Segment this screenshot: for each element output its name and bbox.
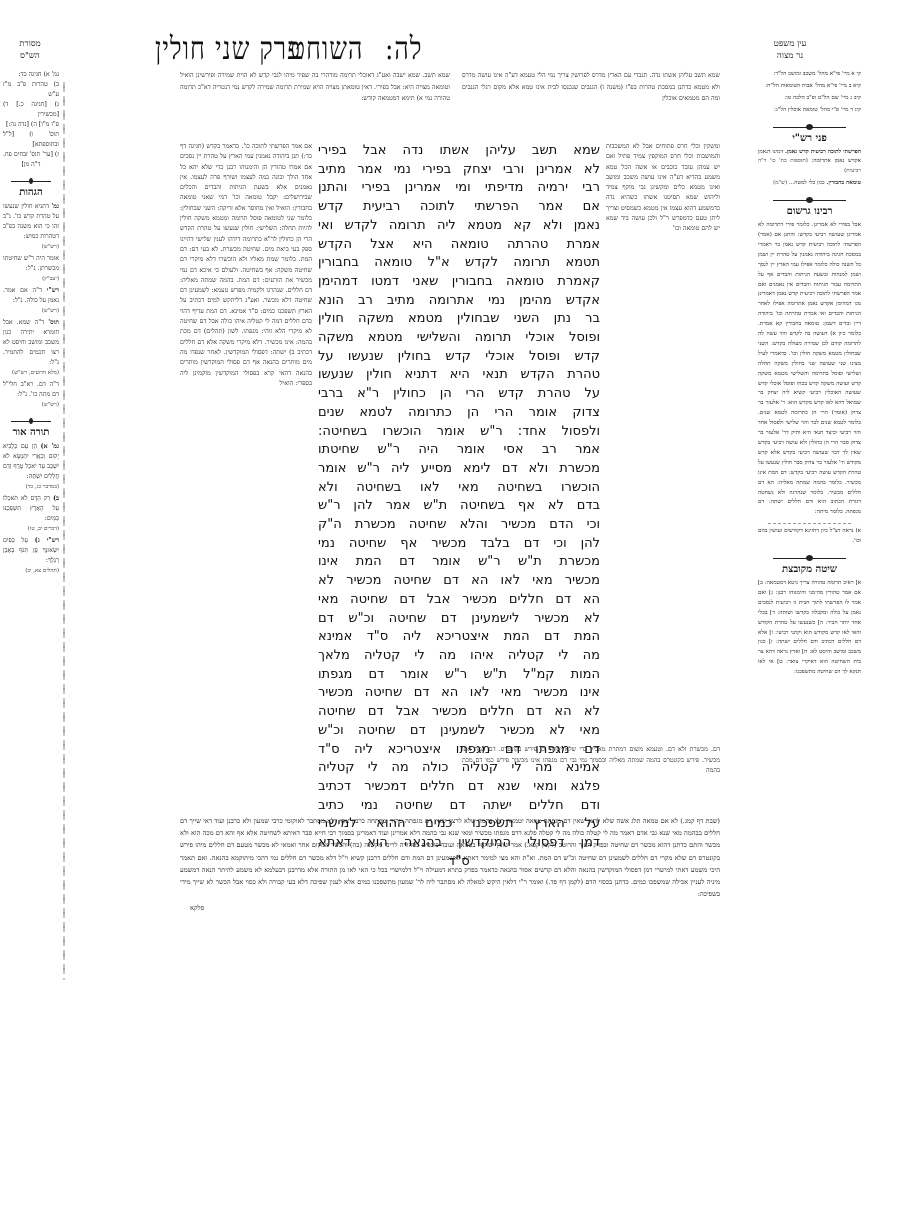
rashi-commentary: ומשקין וכלי חרס פתוחים אבל לא המשכבות וה… — [606, 142, 720, 742]
tosafot-top: שמא תשב. שמא ישבה ואע"ג דאוכלי תרומה מוד… — [180, 70, 450, 107]
ornament-divider — [773, 197, 845, 203]
gemara-line: ופוסל אוכלי תרומה והשלישי מטמא משקה — [318, 329, 600, 348]
gemara-line: אמר רב אסי אומר היה ר"ש שחיטתו — [318, 441, 600, 460]
ornament-divider — [11, 418, 50, 424]
left-margin: גמ' א) חגיגה כד: ב) טהרות פ"ב מ"ז ע"ש ג)… — [3, 70, 59, 578]
gemara-line: תטמא תרומה לקדש א"ל טומאה בחבורין — [318, 254, 600, 273]
daf-number: לה: — [385, 30, 423, 68]
pnei-rashi-entry: טומאה בחבורין. כגון כלי למטה... (ש"מ) — [758, 179, 861, 189]
pnei-rashi-title: פני רש"י — [758, 134, 861, 144]
masoret-hashas: גמ' א) חגיגה כד: ב) טהרות פ"ב מ"ז ע"ש ג)… — [3, 70, 59, 170]
hagahot-entry: ד"ה דם. רא"ב חלי"ל דם מתה כו'. נ"ל:(רש"ש… — [3, 380, 59, 410]
gemara-line: מכשיר מאי לאו הא דם שחיטה מכשיר לא — [318, 572, 600, 591]
gemara-line: לא מכשיר לישמעינן דם שחיטה וכ"ש דם — [318, 610, 600, 629]
gemara-line: אינו מכשיר מאי לאו הא דם שחיטה מכשיר — [318, 684, 600, 703]
gemara-line: רבי ירמיה מדיפתי ומי אמרינן בפירי והתנן — [318, 179, 600, 198]
footnote-rule — [768, 523, 850, 524]
gemara-line: הא דם חללים מכשיר אבל דם שחיטה מאי — [318, 591, 600, 610]
gemara-line: שמא תשב עליהן אשתו נדה אבל בפירי — [318, 142, 600, 161]
gemara-line: קאמרת טומאה בחבורין שאני דמטו דמהימן — [318, 273, 600, 292]
torah-or-entry: ב) רַק הַדָּם לֹא תֹאכֵלוּ עַל הָאָרֶץ ת… — [3, 494, 59, 534]
gemara-line: אקדש מהימן נמי אתרומה מתיב רב הונא — [318, 292, 600, 311]
tosafot-commentary: אם אמר הפרשתי לתוכה כו'. כדאמר בקדש (חגי… — [180, 142, 312, 742]
rabbeinu-gershom-title: רבינו גרשום — [758, 207, 861, 217]
hagahot-entry: אומר היה ר"ש שחיטתו מכשרתן. נ"ל:(יעב"ץ) — [3, 254, 59, 284]
torah-or-entry: רש"י ג) עַל כַּפַּיִם יִשָּׂאוּנְךָ פֶּן… — [3, 536, 59, 576]
gemara-line: פלגא ומאי שנא דם חללים דמכשיר דכתיב — [318, 778, 600, 797]
rashi-bottom: דם. מכשרת ולא דם. וטעמא משום דמתרת מאכיל… — [462, 745, 720, 779]
footnote: א) נראה דצ"ל כיון דחזינא דקודשים ועושין … — [758, 527, 861, 547]
gemara-line: המת דם המת איצטריכא ליה ס"ד אמינא — [318, 628, 600, 647]
gemara-line: המות קמ"ל ת"ש ר"ש אומר דם מגפתו — [318, 666, 600, 685]
ornament-divider — [773, 555, 845, 561]
gemara-line: בדם לא אף בשחיטה ת"ש אמר להן ר"ש — [318, 497, 600, 516]
margin-dots-left — [63, 80, 65, 980]
ornament-divider — [11, 178, 50, 184]
ein-mishpat-label: עין משפט נר מצוה — [760, 38, 820, 62]
gemara-line: מכשרת ולא דם לימא מסייע ליה ר"ש אומר — [318, 460, 600, 479]
hagahot-entry: גמ' דתניא חולין שנעשו על טהרת קדש כו'. נ… — [3, 202, 59, 252]
hagahot-entry: תוס' ד"ה שמא. אבל חומרא יתירה כגון משכב … — [3, 318, 59, 378]
gemara-line: קדש ופוסל אוכלי קדש בחולין שנעשו על — [318, 348, 600, 367]
gemara-line: בר נתן השני שבחולין מטמא משקה חולין — [318, 310, 600, 329]
ein-mishpat-entry: קי א מיי' פי"א מהל' משכב ומושב הל"ד: — [758, 70, 861, 80]
ein-mishpat-entry: קיב ג מיי' שם הל"ט ופ"ב הלכה טו: — [758, 94, 861, 104]
gemara-line: לא הא דם חללים מכשיר אבל דם שחיטה — [318, 703, 600, 722]
gemara-line: טהרת הקדש תנאי היא דתניא חולין שנעשו — [318, 366, 600, 385]
catchword: סלקא — [180, 902, 720, 914]
tosafot-bottom: (שבת דף קמג.) לא אם טמאה תלג אשה שלא לרצ… — [180, 815, 720, 917]
gemara-line: להן וכי דם בלבד מכשיר אף שחיטה נמי — [318, 535, 600, 554]
gemara-line: ודם חללים ישתה דם שחיטה נמי כתיב — [318, 797, 600, 816]
perek-label: פרק שני — [215, 30, 301, 68]
ein-mishpat-entry: קיא ב מיי' פי"א מהל' אבות הטומאות הל"ח: — [758, 82, 861, 92]
pnei-rashi-entry: הפרשתי לתוכה רביעית קדש נאמן. דמינו דנאמ… — [758, 148, 861, 178]
ornament-divider — [773, 124, 845, 130]
ein-mishpat: קי א מיי' פי"א מהל' משכב ומושב הל"ד: קיא… — [758, 70, 861, 116]
page-header: עין משפט נר מצוה לה: השוחט פרק שני חולין… — [0, 28, 914, 68]
torah-or-title: תורה אור — [3, 428, 59, 438]
gemara-line: ולפסול אחד: ר"ש אומר הוכשרו בשחיטה: — [318, 423, 600, 442]
rabbeinu-gershom-text: אבל בפירי לא אמרינן. כלומר פירי דתרומה ל… — [758, 221, 861, 518]
gemara-line: וכי הדם מכשיר והלא שחיטה מכשרת ה"ק — [318, 516, 600, 535]
gemara-line: אמרת טהרתה טומאה היא אצל הקדש — [318, 236, 600, 255]
gemara-line: נאמן ולא קא מטמא ליה תרומה לקדש ואי — [318, 217, 600, 236]
gemara-line: אם אמר הפרשתי לתוכה רביעית קדש — [318, 198, 600, 217]
rashi-top: שמא תשב עליהן אשתו נדה. תגבדי עם הארץ מד… — [462, 70, 720, 107]
right-margin: קי א מיי' פי"א מהל' משכב ומושב הל"ד: קיא… — [758, 70, 861, 680]
masoret-label: מסורת הש"ס — [0, 38, 60, 62]
torah-or-entry: גמ' א) הֵן עָם כְּלָבִיא יָקוּם וְכַאֲרִ… — [3, 442, 59, 492]
hagahot-entry: רש"י ד"ה אם אמר. נאמן על כולה. נ"ל:(רש"ש… — [3, 286, 59, 316]
ein-mishpat-entry: קיג ד מיי' פ"י מהל' טומאת אוכלין הל"ג: — [758, 106, 861, 116]
gemara-line: צדוק אומר הרי הן כתרומה לטמא שנים — [318, 404, 600, 423]
shita-mekubetzet-text: א] ראיב תרומה טהורה צריך ניטא דמטמאה: ב]… — [758, 579, 861, 678]
gemara-line: מאי לא מכשיר לשמעינן דם שחיטה וכ"ש — [318, 722, 600, 741]
shita-mekubetzet-title: שיטה מקובצת — [758, 565, 861, 575]
hagahot-title: הגהות — [3, 188, 59, 198]
gemara-line: הוכשרו בשחיטה מאי לאו בשחיטה ולא — [318, 479, 600, 498]
gemara-line: מכשרת ת"ש ר"ש אומר דם המת אינו — [318, 553, 600, 572]
gemara-line: לא אמרינן ורבי יצחק בפירי נמי אמר מתיב — [318, 161, 600, 180]
gemara-line: על טהרת קדש הרי הן כחולין ר"א ברבי — [318, 385, 600, 404]
tractate-name: חולין — [155, 30, 206, 68]
gemara-line: מה לי קטליה איהו מה לי קטליה מלאך — [318, 647, 600, 666]
